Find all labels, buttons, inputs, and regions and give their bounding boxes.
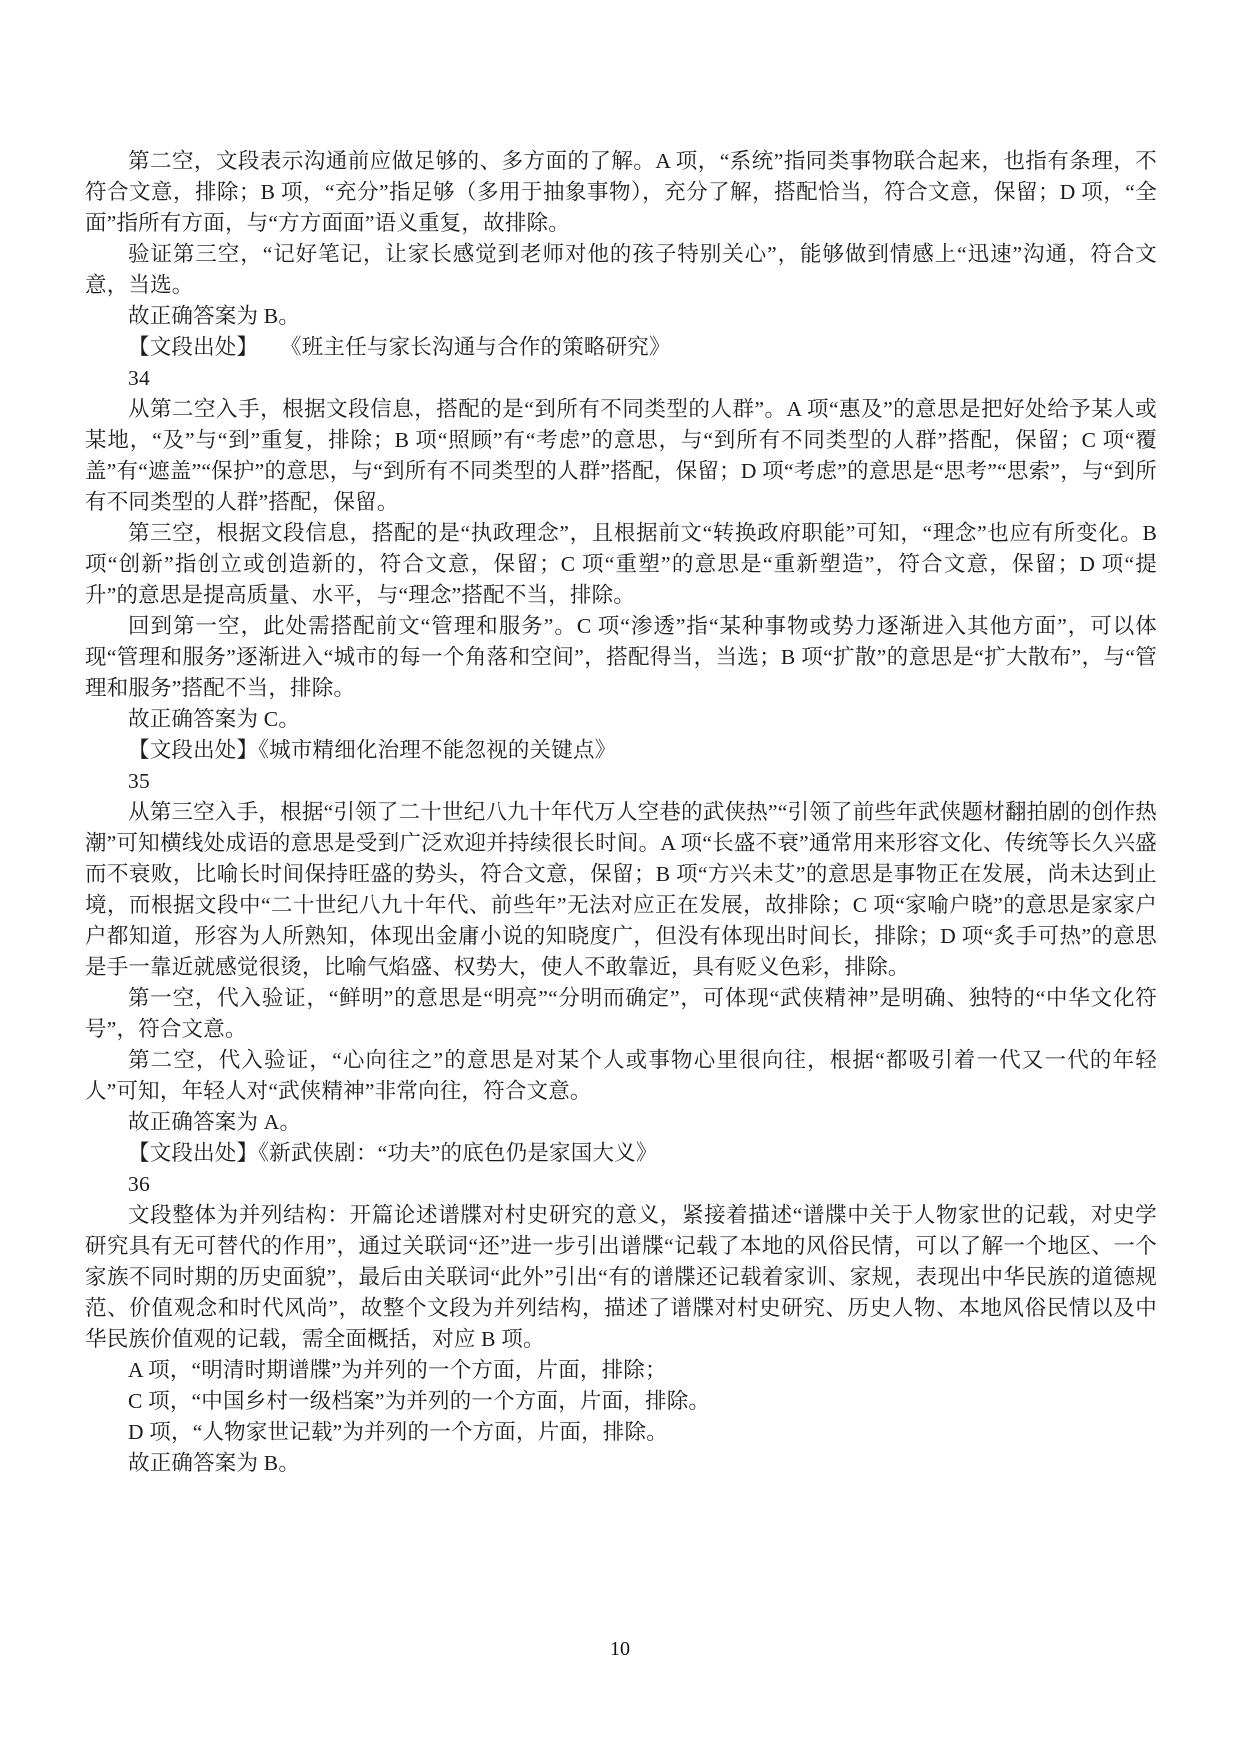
- analysis-paragraph: 从第二空入手，根据文段信息，搭配的是“到所有不同类型的人群”。A 项“惠及”的意…: [85, 394, 1157, 518]
- option-analysis-line: C 项，“中国乡村一级档案”为并列的一个方面，片面，排除。: [85, 1386, 1157, 1417]
- analysis-paragraph: 第二空，文段表示沟通前应做足够的、多方面的了解。A 项，“系统”指同类事物联合起…: [85, 146, 1157, 239]
- answer-line: 故正确答案为 B。: [85, 1448, 1157, 1479]
- analysis-paragraph: 第三空，根据文段信息，搭配的是“执政理念”，且根据前文“转换政府职能”可知，“理…: [85, 518, 1157, 611]
- question-number: 34: [85, 363, 1157, 394]
- question-number: 35: [85, 766, 1157, 797]
- analysis-paragraph: 回到第一空，此处需搭配前文“管理和服务”。C 项“渗透”指“某种事物或势力逐渐进…: [85, 611, 1157, 704]
- page-number: 10: [0, 1638, 1240, 1661]
- analysis-paragraph: 第二空，代入验证，“心向往之”的意思是对某个人或事物心里很向往，根据“都吸引着一…: [85, 1045, 1157, 1107]
- answer-line: 故正确答案为 B。: [85, 301, 1157, 332]
- source-line: 【文段出处】《城市精细化治理不能忽视的关键点》: [85, 735, 1157, 766]
- option-analysis-line: D 项，“人物家世记载”为并列的一个方面，片面，排除。: [85, 1417, 1157, 1448]
- answer-line: 故正确答案为 C。: [85, 704, 1157, 735]
- source-line: 【文段出处】 《班主任与家长沟通与合作的策略研究》: [85, 332, 1157, 363]
- analysis-paragraph: 从第三空入手，根据“引领了二十世纪八九十年代万人空巷的武侠热”“引领了前些年武侠…: [85, 797, 1157, 983]
- option-analysis-line: A 项，“明清时期谱牒”为并列的一个方面，片面，排除；: [85, 1355, 1157, 1386]
- question-number: 36: [85, 1169, 1157, 1200]
- analysis-paragraph: 验证第三空，“记好笔记，让家长感觉到老师对他的孩子特别关心”，能够做到情感上“迅…: [85, 239, 1157, 301]
- document-body: 第二空，文段表示沟通前应做足够的、多方面的了解。A 项，“系统”指同类事物联合起…: [85, 146, 1157, 1479]
- source-line: 【文段出处】《新武侠剧：“功夫”的底色仍是家国大义》: [85, 1138, 1157, 1169]
- analysis-paragraph: 第一空，代入验证，“鲜明”的意思是“明亮”“分明而确定”，可体现“武侠精神”是明…: [85, 983, 1157, 1045]
- analysis-paragraph: 文段整体为并列结构：开篇论述谱牒对村史研究的意义，紧接着描述“谱牒中关于人物家世…: [85, 1200, 1157, 1355]
- answer-line: 故正确答案为 A。: [85, 1107, 1157, 1138]
- document-page: 第二空，文段表示沟通前应做足够的、多方面的了解。A 项，“系统”指同类事物联合起…: [0, 0, 1240, 1754]
